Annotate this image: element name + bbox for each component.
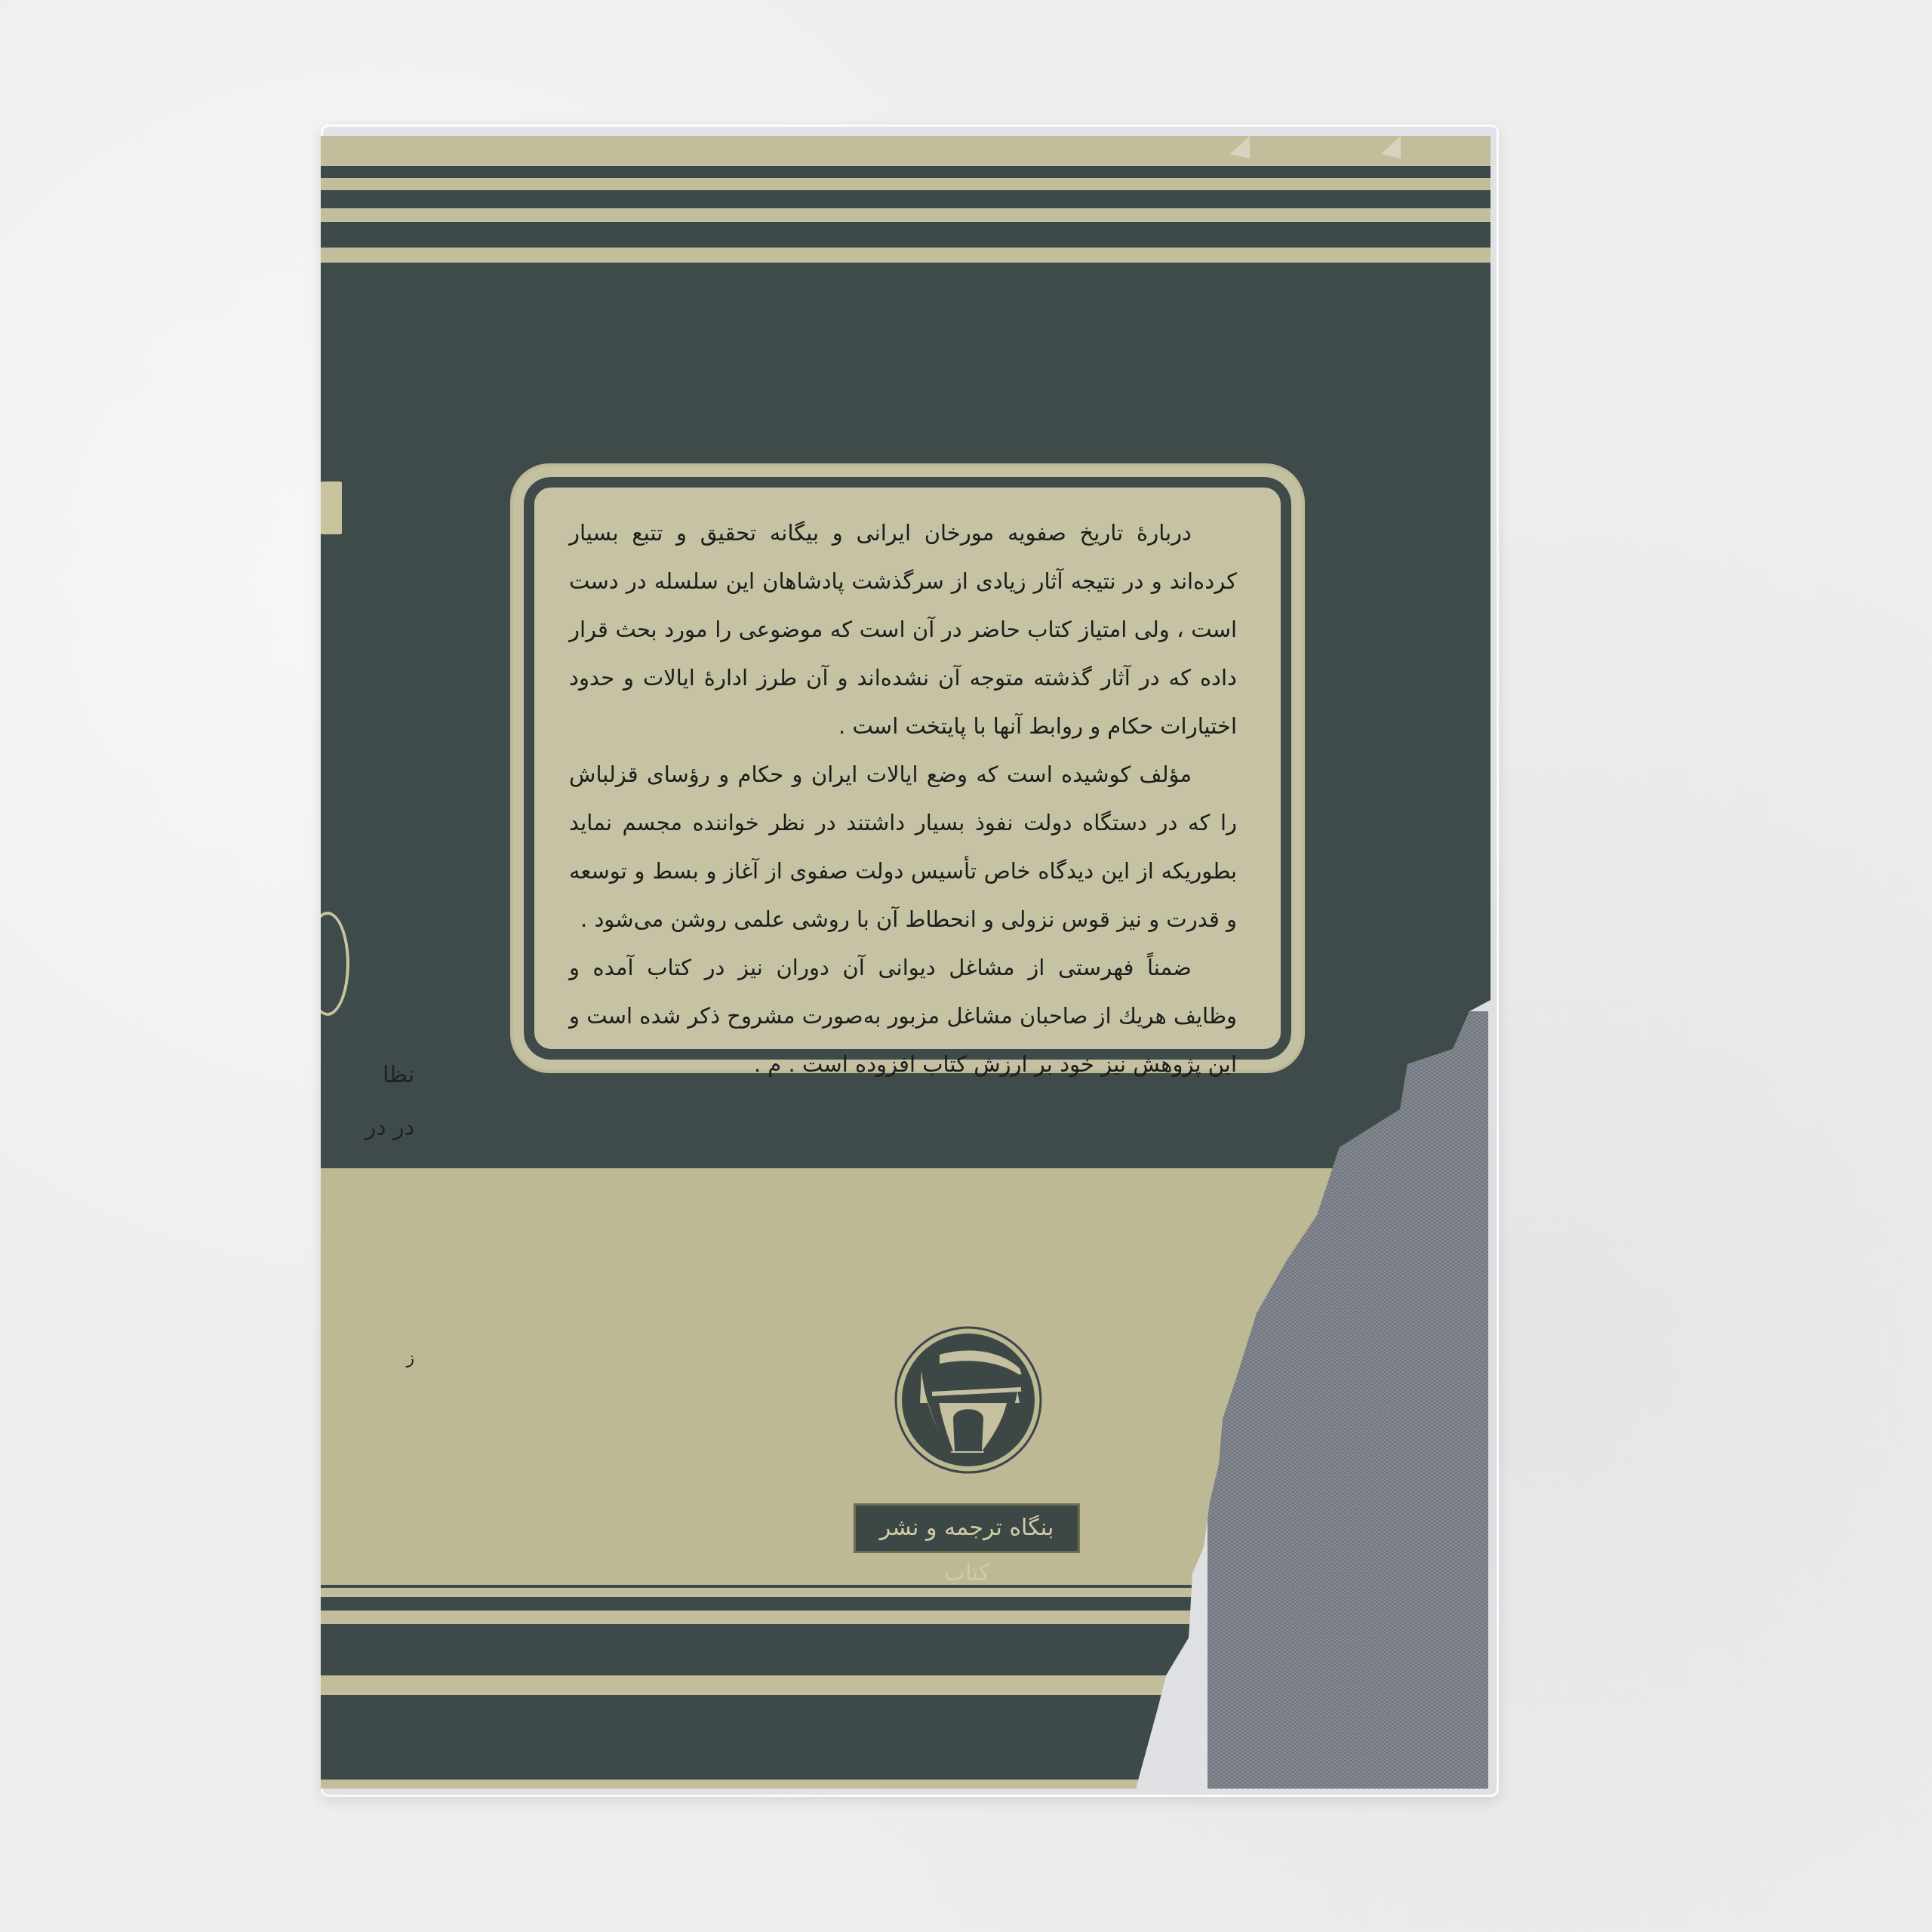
top-stripe: [321, 190, 1491, 208]
spine-emblem-icon: [306, 912, 349, 1016]
top-stripe: [321, 166, 1491, 178]
blurb-text: دربارهٔ تاریخ صفویه مورخان ایرانی و بیگا…: [524, 477, 1291, 1060]
top-stripe: [321, 136, 1491, 166]
publisher-emblem-icon: [893, 1324, 1044, 1475]
book-photo: دربارهٔ تاریخ صفویه مورخان ایرانی و بیگا…: [0, 0, 1932, 1932]
dark-panel-field: دربارهٔ تاریخ صفویه مورخان ایرانی و بیگا…: [321, 263, 1491, 1168]
spine-fragment: نظا: [383, 1064, 414, 1087]
blurb-paragraph: مؤلف کوشیده است که وضع ایالات ایران و حک…: [569, 750, 1237, 943]
blurb-panel: دربارهٔ تاریخ صفویه مورخان ایرانی و بیگا…: [513, 466, 1302, 1070]
top-stripe: [321, 178, 1491, 190]
blurb-paragraph: دربارهٔ تاریخ صفویه مورخان ایرانی و بیگا…: [569, 509, 1237, 750]
spine-label: [321, 481, 342, 534]
spine-fragment: در در: [365, 1117, 414, 1140]
publisher-name: بنگاه ترجمه و نشر کتاب: [854, 1503, 1080, 1553]
spine-fragment: ز: [406, 1351, 414, 1367]
top-stripe: [321, 248, 1491, 263]
blurb-paragraph: ضمناً فهرستی از مشاغل دیوانی آن دوران نی…: [569, 943, 1237, 1088]
top-stripe: [321, 222, 1491, 248]
top-stripe: [321, 208, 1491, 222]
